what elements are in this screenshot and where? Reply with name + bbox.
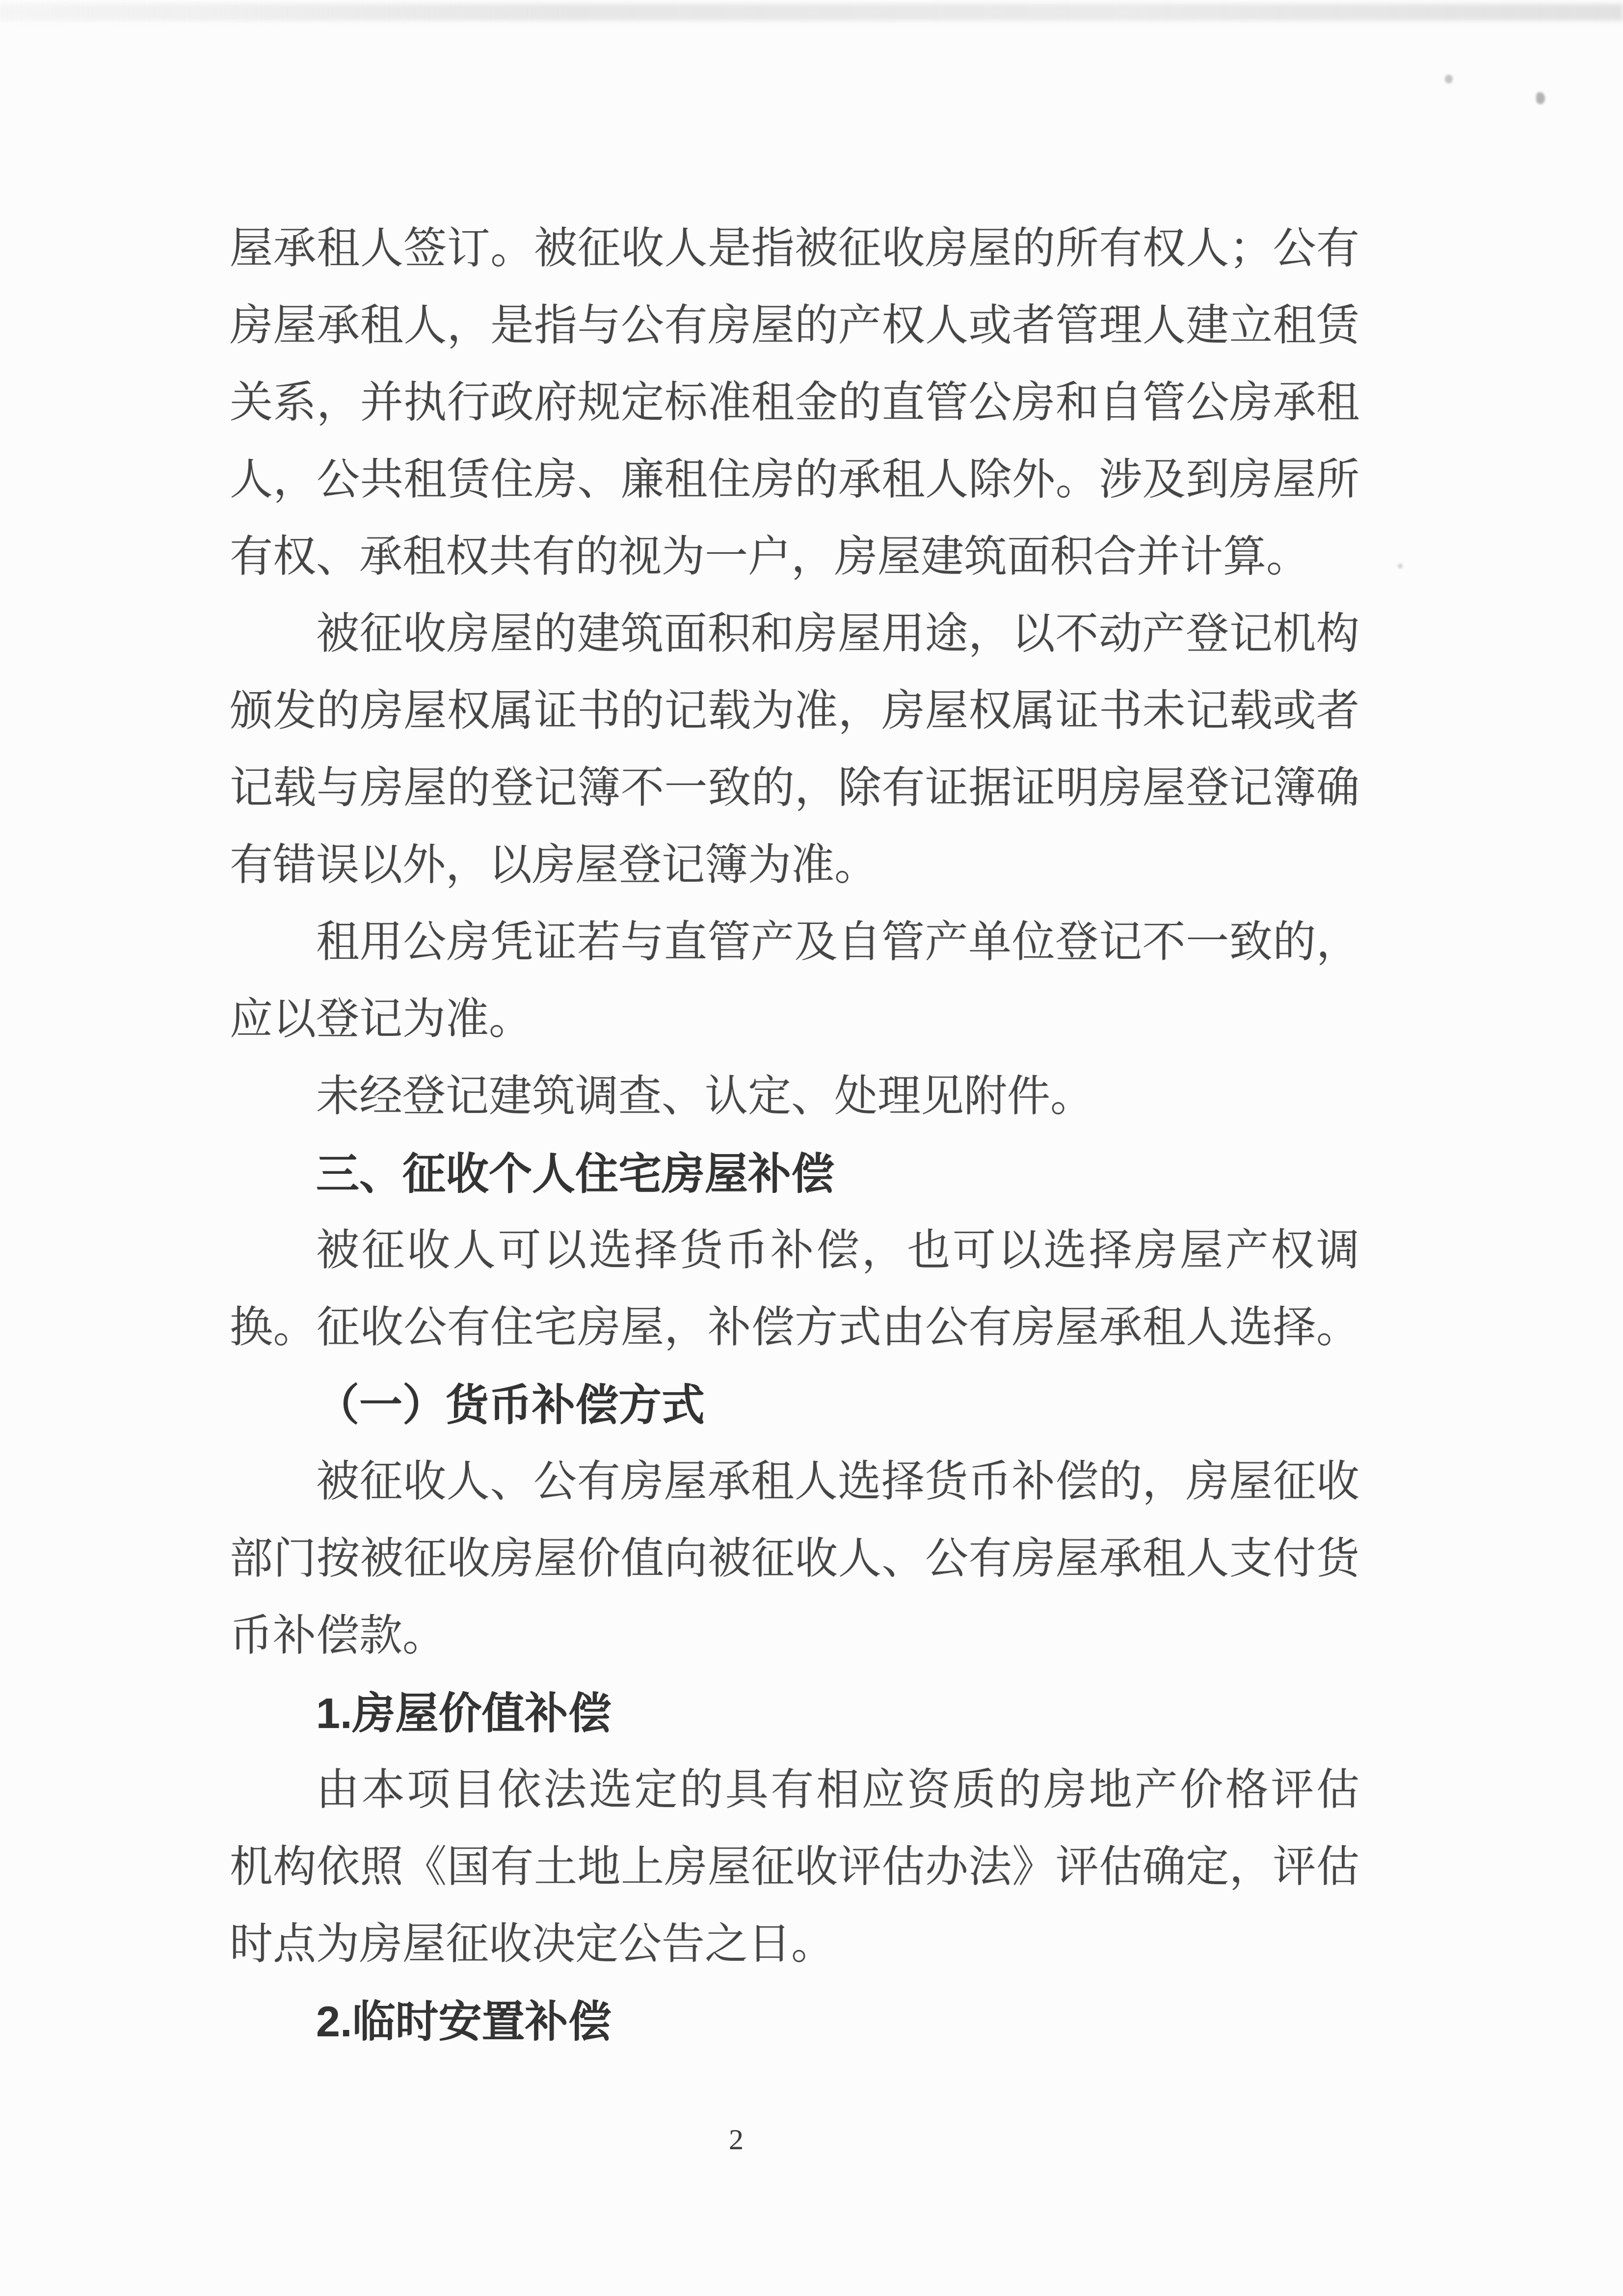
text-line: 有错误以外，以房屋登记簿为准。 [230, 827, 1359, 904]
heading-line: （一）货币补偿方式 [230, 1366, 1359, 1443]
text-line: 人，公共租赁住房、廉租住房的承租人除外。涉及到房屋所 [230, 441, 1359, 518]
text-line: 有权、承租权共有的视为一户，房屋建筑面积合并计算。 [230, 518, 1359, 595]
scan-speck [1445, 75, 1453, 83]
text-line: 由本项目依法选定的具有相应资质的房地产价格评估 [230, 1752, 1359, 1829]
text-line: 屋承租人签订。被征收人是指被征收房屋的所有权人；公有 [230, 210, 1359, 287]
text-line: 币补偿款。 [230, 1597, 1359, 1675]
heading-line: 2.临时安置补偿 [230, 1983, 1359, 2060]
text-line: 被征收人、公有房屋承租人选择货币补偿的，房屋征收 [230, 1443, 1359, 1520]
text-line: 租用公房凭证若与直管产及自管产单位登记不一致的， [230, 904, 1359, 981]
text-block: 屋承租人签订。被征收人是指被征收房屋的所有权人；公有房屋承租人，是指与公有房屋的… [230, 210, 1359, 2060]
document-page: 屋承租人签订。被征收人是指被征收房屋的所有权人；公有房屋承租人，是指与公有房屋的… [0, 0, 1623, 2296]
text-line: 记载与房屋的登记簿不一致的，除有证据证明房屋登记簿确 [230, 750, 1359, 827]
text-line: 部门按被征收房屋价值向被征收人、公有房屋承租人支付货 [230, 1520, 1359, 1597]
text-line: 应以登记为准。 [230, 981, 1359, 1058]
text-line: 时点为房屋征收决定公告之日。 [230, 1906, 1359, 1983]
text-line: 关系，并执行政府规定标准租金的直管公房和自管公房承租 [230, 364, 1359, 441]
scan-speck [1536, 92, 1545, 104]
heading-line: 1.房屋价值补偿 [230, 1675, 1359, 1752]
heading-line: 三、征收个人住宅房屋补偿 [230, 1135, 1359, 1212]
text-line: 机构依照《国有土地上房屋征收评估办法》评估确定，评估 [230, 1829, 1359, 1906]
scan-speck [1398, 564, 1403, 568]
text-line: 房屋承租人，是指与公有房屋的产权人或者管理人建立租赁 [230, 287, 1359, 364]
text-line: 颁发的房屋权属证书的记载为准，房屋权属证书未记载或者 [230, 673, 1359, 750]
text-line: 未经登记建筑调查、认定、处理见附件。 [230, 1058, 1359, 1135]
text-line: 被征收房屋的建筑面积和房屋用途，以不动产登记机构 [230, 595, 1359, 673]
scan-edge-shadow [0, 4, 1623, 21]
page-number: 2 [713, 2120, 760, 2159]
text-line: 被征收人可以选择货币补偿，也可以选择房屋产权调 [230, 1212, 1359, 1289]
text-line: 换。征收公有住宅房屋，补偿方式由公有房屋承租人选择。 [230, 1289, 1359, 1366]
